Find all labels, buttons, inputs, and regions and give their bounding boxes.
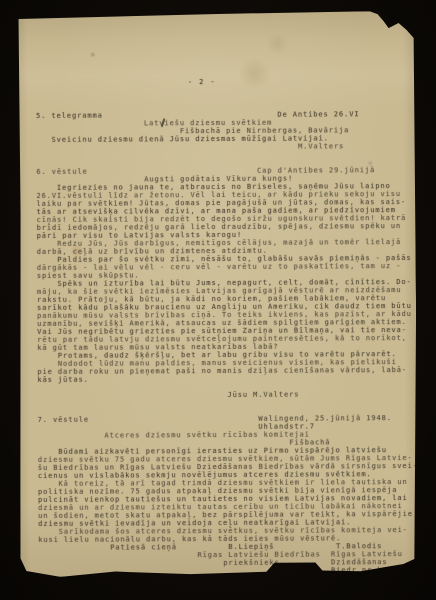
document-page: - 2 - 5. telegramma De Antibes 26.VI Lat…	[18, 11, 418, 585]
photo-background: - 2 - 5. telegramma De Antibes 26.VI Lat…	[0, 0, 436, 600]
document-text: 5. telegramma De Antibes 26.VI Latviešu …	[36, 110, 416, 576]
document-line: Biedr.pr-ks	[38, 566, 416, 576]
page-number: - 2 -	[188, 78, 216, 86]
